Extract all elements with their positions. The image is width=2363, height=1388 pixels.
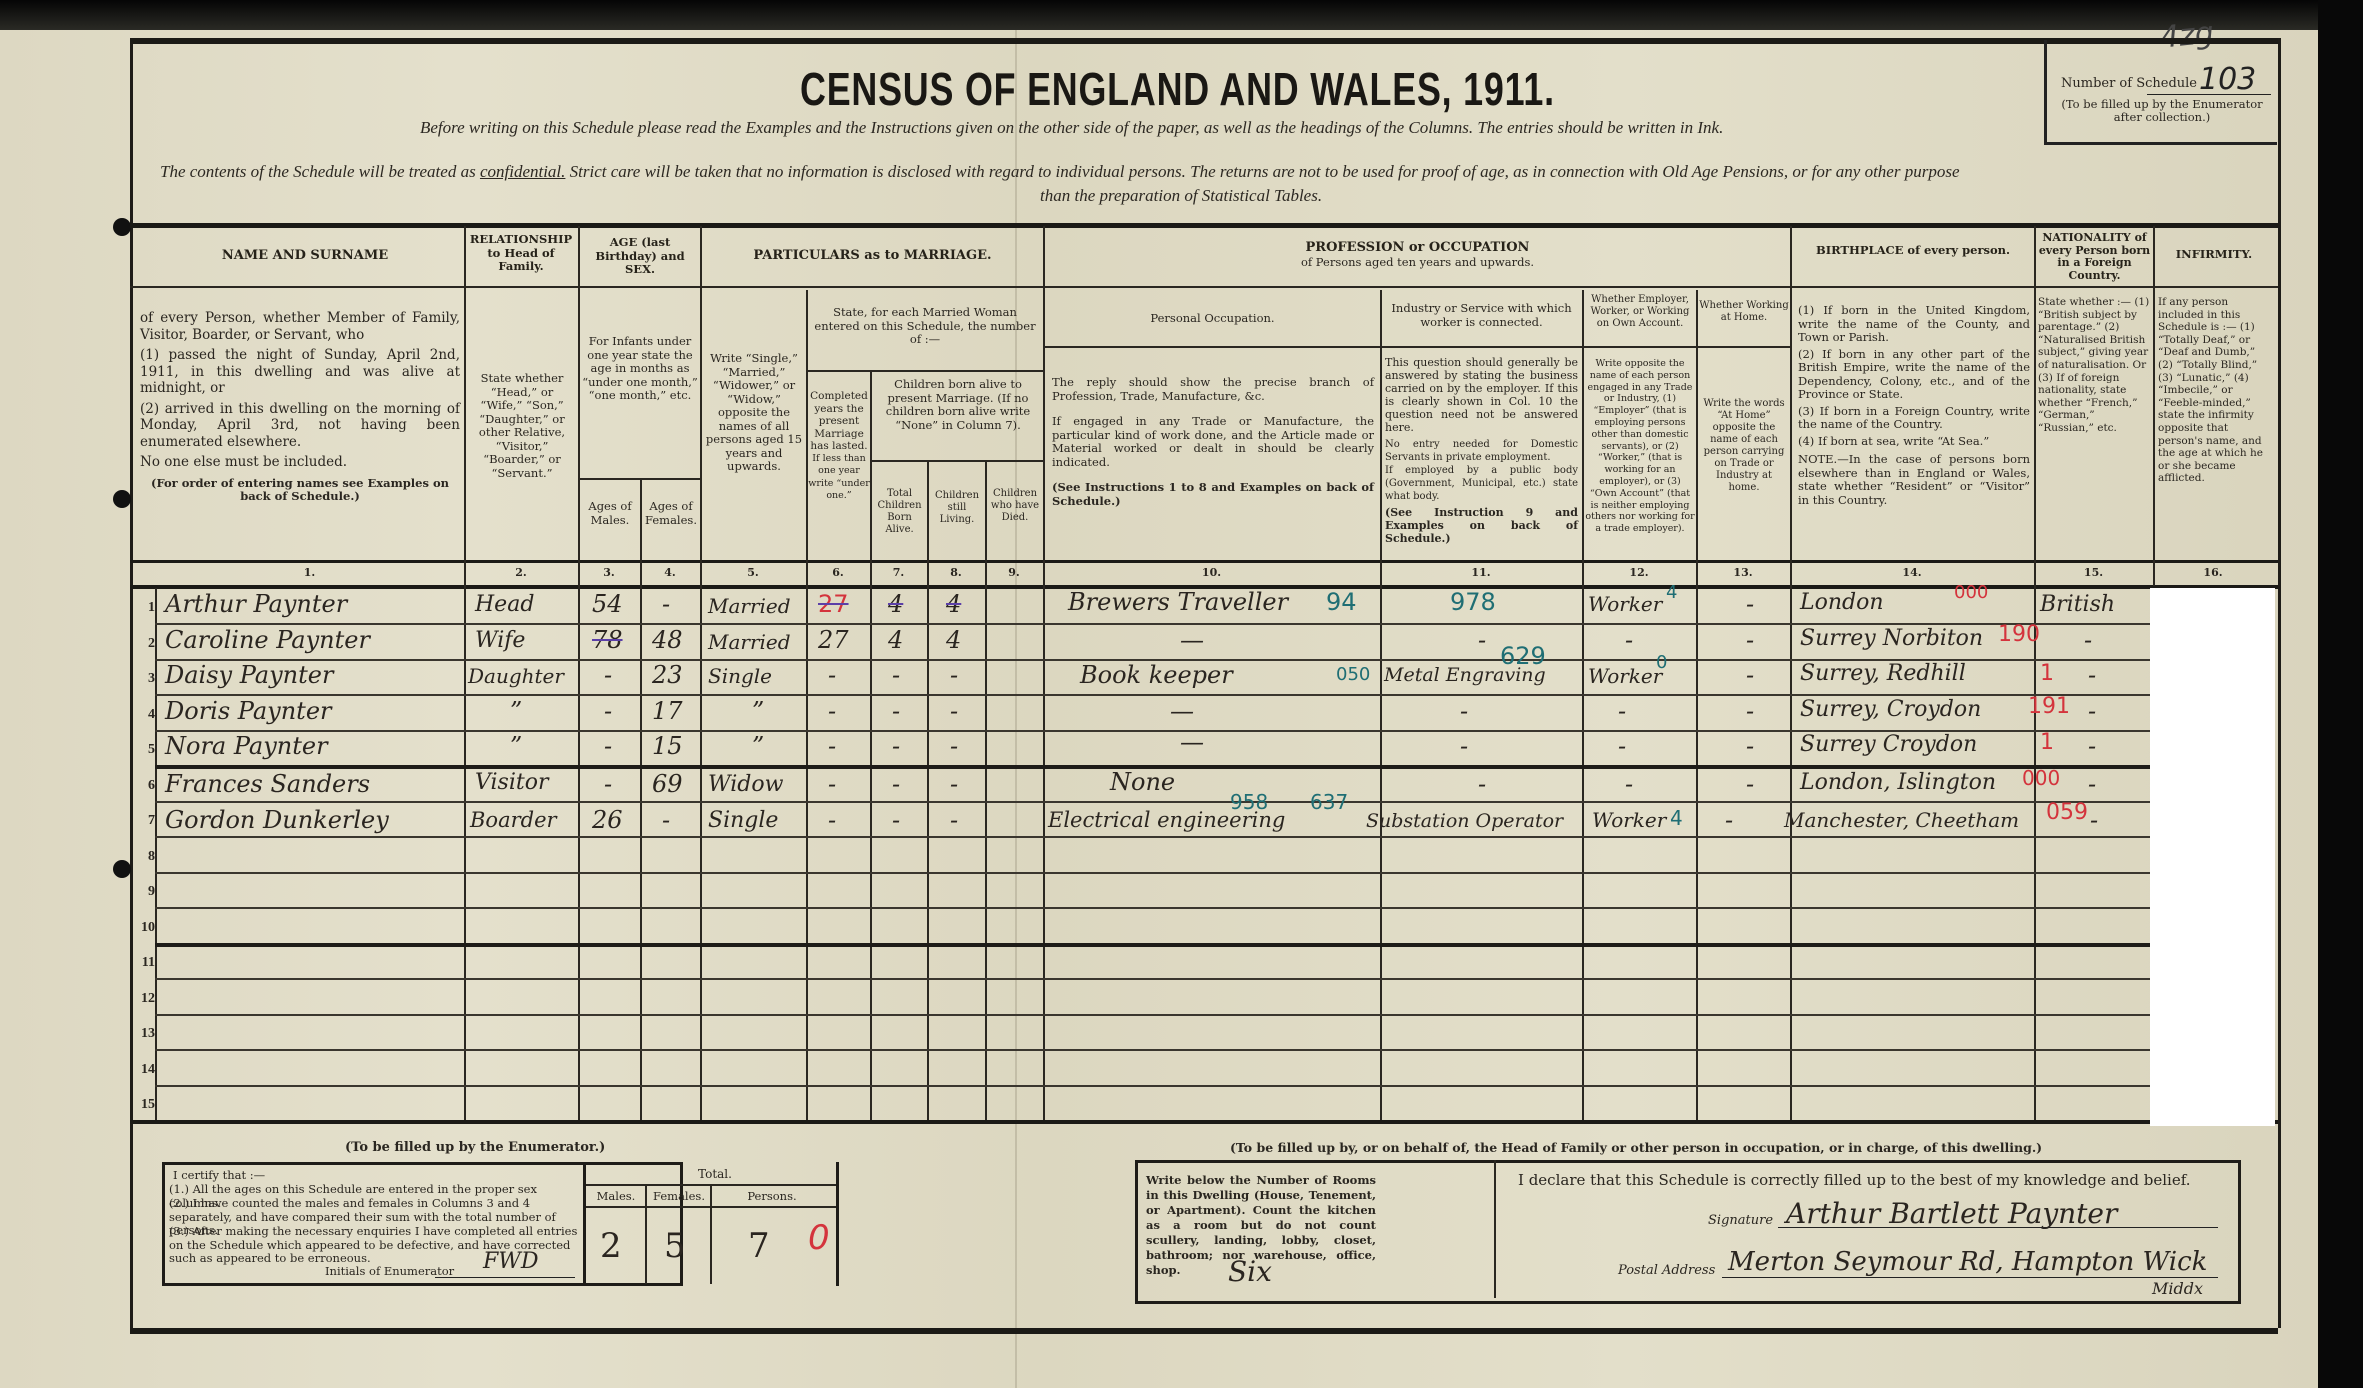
confidentiality-notice: The contents of the Schedule will be tre… [160, 162, 1960, 182]
occupation-code: 050 [1336, 664, 1370, 685]
person-relationship: Visitor [475, 770, 548, 795]
marriage-years: - [828, 806, 836, 834]
birthplace-code: 000 [2022, 766, 2060, 790]
person-name: Nora Paynter [165, 732, 328, 760]
children-total: - [892, 770, 900, 798]
employment-status: - [1625, 626, 1633, 654]
marital-status: Single [708, 664, 772, 688]
marital-status: Married [708, 630, 791, 654]
industry-description: This question should generally be answer… [1385, 356, 1578, 545]
marriage-years: - [828, 697, 836, 725]
birthplace-code: 1 [2040, 730, 2054, 755]
employment-code: 0 [1656, 652, 1667, 673]
person-relationship: Wife [475, 628, 525, 653]
marital-status: Widow [708, 772, 783, 797]
signature-label: Signature [1708, 1213, 1773, 1228]
row-number: 5 [135, 742, 155, 758]
header-divider [130, 286, 2278, 288]
header-bottom-rule [130, 560, 2278, 563]
row-number: 8 [135, 849, 155, 865]
header-top-rule [130, 223, 2278, 228]
marital-status: Single [708, 808, 778, 833]
person-name: Frances Sanders [165, 770, 370, 798]
row-rule [155, 943, 2150, 947]
bp-desc-1: (1) If born in the United Kingdom, write… [1798, 304, 2030, 345]
children-living: - [950, 732, 958, 760]
industry-header: Industry or Service with which worker is… [1385, 302, 1578, 329]
row-rule [155, 694, 2150, 696]
birthplace-code: 190 [1998, 622, 2040, 647]
col-divider [1582, 290, 1584, 1121]
age-female: - [662, 806, 670, 834]
row-rule [155, 1049, 2150, 1051]
total-females: 5 [664, 1226, 686, 1266]
declaration-box: Write below the Number of Rooms in this … [1135, 1160, 2241, 1304]
children-living: - [950, 770, 958, 798]
person-name: Doris Paynter [165, 697, 332, 725]
signature-value: Arthur Bartlett Paynter [1786, 1197, 2117, 1230]
birthplace-code: 191 [2028, 694, 2070, 719]
at-home: - [1746, 732, 1754, 760]
confidential-word: confidential. [480, 162, 565, 181]
row-rule [155, 801, 2150, 803]
marriage-subdivider [806, 370, 1043, 372]
punch-hole [113, 490, 131, 508]
at-home: - [1746, 770, 1754, 798]
person-relationship: Daughter [468, 664, 564, 688]
header-birthplace: BIRTHPLACE of every person. [1792, 244, 2034, 258]
ind-desc-4: (See Instruction 9 and Examples on back … [1385, 506, 1578, 545]
colnum: 8. [927, 566, 985, 579]
header-age: AGE (last Birthday) and SEX. [580, 236, 700, 277]
initials-line [435, 1277, 575, 1278]
marital-status: ” [752, 697, 764, 725]
age-description: For Infants under one year state the age… [582, 335, 698, 403]
personal-occupation-header: Personal Occupation. [1050, 312, 1375, 326]
person-relationship: ” [510, 732, 522, 760]
children-total-header: Total Children Born Alive. [872, 488, 927, 536]
children-living: 4 [946, 590, 961, 618]
age-female: 23 [652, 661, 683, 689]
children-living: 4 [946, 626, 961, 654]
col-divider [1380, 290, 1382, 1121]
occupation: Book keeper [1080, 661, 1233, 689]
colnum: 15. [2034, 566, 2153, 579]
schedule-number-value: 103 [2199, 62, 2256, 97]
occupation: — [1180, 626, 1204, 654]
marriage-years: - [828, 732, 836, 760]
header-name: NAME AND SURNAME [150, 248, 460, 263]
infirmity-description: If any person included in this Schedule … [2158, 296, 2272, 485]
occupation: Brewers Traveller [1068, 588, 1288, 616]
employment-status: Worker [1588, 592, 1662, 616]
nationality: - [2090, 806, 2098, 834]
females-label: Females. [648, 1190, 710, 1204]
employment-status: - [1618, 732, 1626, 760]
header-profession: PROFESSION or OCCUPATION [1045, 240, 1790, 255]
children-subdivider [870, 460, 1043, 462]
redacted-column [2150, 588, 2275, 1126]
row-number: 11 [135, 955, 155, 971]
marriage-description: Write “Single,” “Married,” “Widower,” or… [704, 352, 804, 474]
name-desc-item-4: (For order of entering names see Example… [140, 477, 460, 504]
row-number: 3 [135, 671, 155, 687]
header-infirmity: INFIRMITY. [2155, 248, 2273, 262]
birthplace-description: (1) If born in the United Kingdom, write… [1798, 304, 2030, 507]
birthplace: Surrey, Croydon [1800, 697, 1981, 722]
name-description: of every Person, whether Member of Famil… [140, 310, 460, 504]
punch-hole [113, 860, 131, 878]
person-relationship: Boarder [470, 808, 557, 832]
completed-years-note: If less than one year write “under one.” [808, 453, 870, 503]
industry-code: 629 [1500, 642, 1546, 670]
rownum-divider [155, 588, 157, 1123]
children-total: - [892, 806, 900, 834]
col-divider [464, 226, 466, 1121]
age-females-header: Ages of Females. [642, 500, 700, 527]
col-divider [700, 226, 702, 1121]
name-desc-item-3: No one else must be included. [140, 454, 460, 471]
colnum: 2. [464, 566, 578, 579]
birthplace: Surrey Croydon [1800, 732, 1977, 757]
occupation: None [1110, 768, 1175, 796]
totals-col-divider [645, 1184, 647, 1284]
nationality-description: State whether :— (1) “British subject by… [2038, 296, 2152, 435]
person-name: Gordon Dunkerley [165, 806, 389, 834]
birthplace: London, Islington [1800, 770, 1996, 795]
age-male: 54 [592, 590, 623, 618]
children-died-header: Children who have Died. [987, 488, 1043, 524]
header-nationality: NATIONALITY of every Person born in a Fo… [2036, 232, 2153, 282]
age-male: 26 [592, 806, 623, 834]
total-persons: 7 [748, 1226, 770, 1266]
confidentiality-text-rest: Strict care will be taken that no inform… [565, 162, 1959, 181]
occ-desc-2: If engaged in any Trade or Manufacture, … [1052, 415, 1374, 469]
employer-description: Write opposite the name of each person e… [1585, 358, 1695, 535]
schedule-number-note: (To be filled up by the Enumerator after… [2055, 98, 2269, 124]
birthplace-code: 059 [2046, 800, 2088, 825]
name-desc-item-1: (1) passed the night of Sunday, April 2n… [140, 347, 460, 397]
enumerator-title: (To be filled up by the Enumerator.) [345, 1140, 605, 1155]
col-divider [927, 460, 929, 1121]
declaration-title: (To be filled up by, or on behalf of, th… [1230, 1140, 2042, 1155]
postal-address-value: Merton Seymour Rd, Hampton Wick [1728, 1247, 2207, 1277]
age-male: - [604, 661, 612, 689]
colnum: 16. [2153, 566, 2273, 579]
confidentiality-text: The contents of the Schedule will be tre… [160, 162, 480, 181]
col-divider [870, 370, 872, 1121]
person-relationship: ” [510, 697, 522, 725]
bp-desc-2: (2) If born in any other part of the Bri… [1798, 348, 2030, 402]
employment-status: - [1625, 770, 1633, 798]
age-female: 17 [652, 697, 683, 725]
ind-desc-2: No entry needed for Domestic Servants in… [1385, 438, 1578, 464]
at-home: - [1746, 661, 1754, 689]
declaration-statement: I declare that this Schedule is correctl… [1518, 1171, 2191, 1189]
employment-status: - [1618, 697, 1626, 725]
header-relationship: RELATIONSHIP to Head of Family. [466, 233, 576, 274]
birthplace: London [1800, 590, 1884, 615]
at-home: - [1746, 626, 1754, 654]
punch-hole [113, 218, 131, 236]
colnum: 14. [1790, 566, 2034, 579]
birthplace-code: 1 [2040, 661, 2054, 686]
employment-code: 4 [1666, 582, 1677, 603]
occupation: — [1180, 728, 1204, 756]
postal-address-label: Postal Address [1618, 1263, 1715, 1278]
industry: - [1460, 697, 1468, 725]
birthplace: Surrey Norbiton [1800, 626, 1983, 651]
personal-occupation-description: The reply should show the precise branch… [1052, 376, 1374, 508]
age-males-header: Ages of Males. [580, 500, 640, 527]
birthplace-code: 000 [1954, 582, 1988, 603]
age-male: 78 [592, 626, 623, 654]
industry-code: 978 [1450, 588, 1496, 616]
col-divider [578, 226, 580, 1121]
confidentiality-notice-end: than the preparation of Statistical Tabl… [1040, 186, 1322, 206]
age-female: 15 [652, 732, 683, 760]
colnum: 13. [1696, 566, 1790, 579]
table-bottom-rule [130, 1120, 2278, 1124]
row-rule [155, 978, 2150, 980]
declaration-divider [1494, 1160, 1496, 1298]
age-female: 48 [652, 626, 683, 654]
marital-status: Married [708, 594, 791, 618]
row-rule [155, 907, 2150, 909]
children-living-header: Children still Living. [929, 490, 985, 526]
row-number: 12 [135, 991, 155, 1007]
col-divider [1696, 290, 1698, 1121]
industry: - [1460, 732, 1468, 760]
at-home: - [1746, 590, 1754, 618]
page-title: CENSUS OF ENGLAND AND WALES, 1911. [800, 62, 1555, 116]
total-males: 2 [600, 1226, 622, 1266]
marriage-years: - [828, 770, 836, 798]
industry: - [1478, 626, 1486, 654]
colnum: 10. [1043, 566, 1380, 579]
occ-desc-1: The reply should show the precise branch… [1052, 376, 1374, 403]
colnum: 11. [1380, 566, 1582, 579]
scan-right-edge [2318, 0, 2363, 1388]
scan-top-edge [0, 0, 2363, 30]
age-male: - [604, 770, 612, 798]
row-number: 6 [135, 778, 155, 794]
person-name: Caroline Paynter [165, 626, 370, 654]
person-name: Daisy Paynter [165, 661, 333, 689]
colnum: 1. [155, 566, 464, 579]
occupation: — [1170, 697, 1194, 725]
age-female: - [662, 590, 670, 618]
industry: - [1478, 770, 1486, 798]
form-top-border [130, 38, 2278, 44]
nationality: - [2088, 770, 2096, 798]
col-divider [2153, 226, 2155, 586]
row-number: 7 [135, 813, 155, 829]
row-number: 14 [135, 1062, 155, 1078]
enumerator-initials: FWD [483, 1249, 539, 1274]
colnum: 3. [578, 566, 640, 579]
at-home: - [1746, 697, 1754, 725]
schedule-number-box: Number of Schedule 103 (To be filled up … [2044, 40, 2277, 145]
postal-address-suffix: Middx [2152, 1279, 2203, 1298]
row-number: 9 [135, 884, 155, 900]
nationality: - [2088, 732, 2096, 760]
nationality: - [2084, 626, 2092, 654]
row-number: 1 [135, 600, 155, 616]
row-rule [155, 1085, 2150, 1087]
children-total: 4 [888, 590, 903, 618]
married-woman-header: State, for each Married Woman entered on… [810, 306, 1040, 347]
employer-header: Whether Employer, Worker, or Working on … [1585, 294, 1695, 330]
totals-divider [583, 1162, 586, 1286]
nationality: British [2040, 592, 2115, 617]
header-profession-sub: of Persons aged ten years and upwards. [1045, 256, 1790, 270]
at-home-description: Write the words “At Home” opposite the n… [1699, 398, 1789, 494]
bp-desc-4: (4) If born at sea, write “At Sea.” [1798, 435, 2030, 449]
enumerator-red-mark: 0 [808, 1218, 830, 1258]
completed-years-header: Completed years the present Marriage has… [808, 390, 870, 503]
total-label: Total. [600, 1168, 830, 1182]
intro-instruction: Before writing on this Schedule please r… [420, 118, 1723, 138]
children-total: - [892, 697, 900, 725]
birthplace: Manchester, Cheetham [1784, 808, 2019, 832]
colnum: 4. [640, 566, 700, 579]
occ-desc-3: (See Instructions 1 to 8 and Examples on… [1052, 481, 1374, 508]
age-female: 69 [652, 770, 683, 798]
age-male: - [604, 697, 612, 725]
ind-desc-3: If employed by a public body (Government… [1385, 464, 1578, 503]
relationship-description: State whether “Head,” or “Wife,” “Son,” … [470, 372, 574, 480]
children-living: - [950, 806, 958, 834]
row-rule [155, 836, 2150, 838]
nationality: - [2088, 661, 2096, 689]
person-name: Arthur Paynter [165, 590, 347, 618]
at-home-header: Whether Working at Home. [1699, 300, 1789, 324]
row-rule [155, 872, 2150, 874]
name-desc-item-2: (2) arrived in this dwelling on the morn… [140, 401, 460, 451]
marriage-years: 27 [818, 626, 849, 654]
persons-label: Persons. [712, 1190, 832, 1204]
col-divider [985, 460, 987, 1121]
bp-desc-3: (3) If born in a Foreign Country, write … [1798, 405, 2030, 432]
row-rule [155, 623, 2150, 625]
postal-address-line [1722, 1277, 2218, 1278]
employment-code: 4 [1670, 806, 1683, 830]
name-desc-intro: of every Person, whether Member of Famil… [140, 310, 460, 343]
children-total: 4 [888, 626, 903, 654]
certify-label: I certify that :— [173, 1169, 265, 1183]
children-born-header: Children born alive to present Marriage.… [874, 378, 1042, 432]
age-subdivider [578, 478, 700, 480]
marriage-years: 27 [818, 590, 849, 618]
age-male: - [604, 732, 612, 760]
males-label: Males. [588, 1190, 644, 1204]
row-number: 10 [135, 920, 155, 936]
col-divider [2034, 226, 2036, 1121]
col-divider [1043, 226, 1045, 1121]
marriage-years: - [828, 661, 836, 689]
row-number: 15 [135, 1097, 155, 1113]
nationality: - [2088, 697, 2096, 725]
colnum: 5. [700, 566, 806, 579]
occupation-code: 94 [1326, 588, 1357, 616]
industry-code: 637 [1310, 790, 1348, 814]
row-rule [155, 1014, 2150, 1016]
schedule-number-label: Number of Schedule [2061, 76, 2197, 91]
occupation-subdivider [1043, 346, 1790, 348]
form-bottom-border [130, 1328, 2278, 1334]
header-marriage: PARTICULARS as to MARRIAGE. [702, 248, 1043, 263]
industry: Substation Operator [1366, 810, 1563, 832]
children-total: - [892, 661, 900, 689]
rooms-count: Six [1228, 1255, 1272, 1288]
children-total: - [892, 732, 900, 760]
person-relationship: Head [475, 592, 534, 617]
children-living: - [950, 661, 958, 689]
col-divider [1790, 226, 1792, 1121]
colnum: 7. [870, 566, 927, 579]
occupation-code: 958 [1230, 790, 1268, 814]
employment-status: Worker [1592, 808, 1666, 832]
employment-status: Worker [1588, 664, 1662, 688]
row-number: 13 [135, 1026, 155, 1042]
bp-note: NOTE.—In the case of persons born elsewh… [1798, 453, 2030, 507]
children-living: - [950, 697, 958, 725]
ind-desc-1: This question should generally be answer… [1385, 356, 1578, 434]
colnum: 6. [806, 566, 870, 579]
colnum: 12. [1582, 566, 1696, 579]
completed-years-text: Completed years the present Marriage has… [808, 390, 870, 453]
row-number: 2 [135, 636, 155, 652]
birthplace: Surrey, Redhill [1800, 661, 1966, 686]
at-home: - [1725, 806, 1733, 834]
colnum: 9. [985, 566, 1043, 579]
row-number: 4 [135, 707, 155, 723]
totals-right-border [836, 1162, 839, 1286]
marital-status: ” [752, 732, 764, 760]
